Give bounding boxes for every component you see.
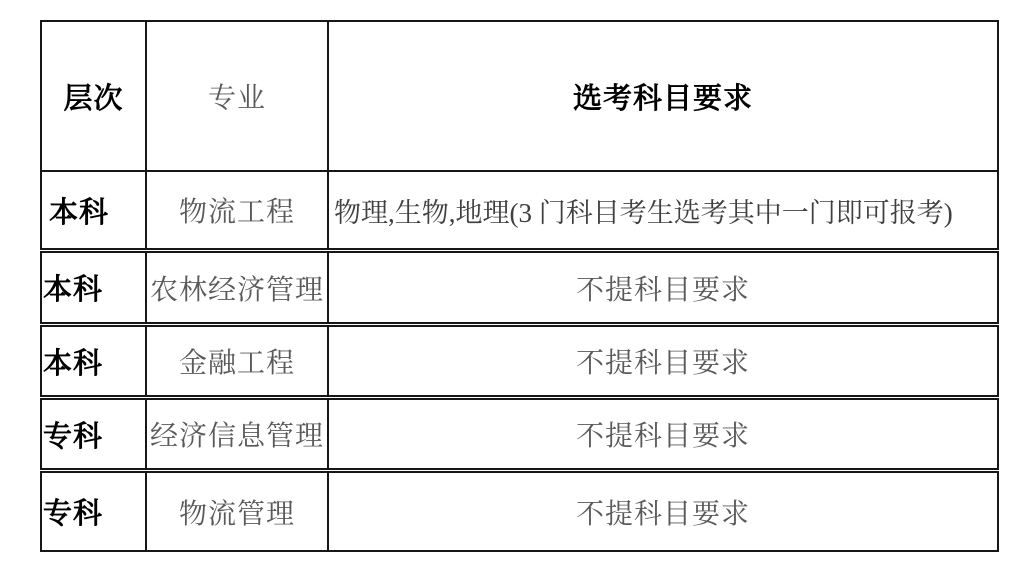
table-row: 专科 经济信息管理 不提科目要求 xyxy=(42,400,997,468)
table-row: 本科 物流工程 物理,生物,地理(3 门科目考生选考其中一门即可报考) xyxy=(42,170,997,248)
cell-level: 本科 xyxy=(42,172,145,248)
cell-requirement: 不提科目要求 xyxy=(329,327,997,395)
table-row: 本科 金融工程 不提科目要求 xyxy=(42,327,997,395)
cell-requirement: 不提科目要求 xyxy=(329,400,997,468)
table-row: 本科 农林经济管理 不提科目要求 xyxy=(42,253,997,322)
cell-major: 经济信息管理 xyxy=(145,400,329,468)
cell-requirement: 物理,生物,地理(3 门科目考生选考其中一门即可报考) xyxy=(329,172,997,248)
table-block-row: 专科 经济信息管理 不提科目要求 xyxy=(40,398,999,470)
header-cell-level: 层次 xyxy=(42,22,145,170)
cell-major: 农林经济管理 xyxy=(145,253,329,322)
cell-level: 本科 xyxy=(42,253,145,322)
header-row: 层次 专业 选考科目要求 xyxy=(42,22,997,170)
table-block-row: 本科 金融工程 不提科目要求 xyxy=(40,325,999,397)
subject-requirements-table: 层次 专业 选考科目要求 本科 物流工程 物理,生物,地理(3 门科目考生选考其… xyxy=(40,20,999,552)
table-block-top: 层次 专业 选考科目要求 本科 物流工程 物理,生物,地理(3 门科目考生选考其… xyxy=(40,20,999,250)
table-block-row: 本科 农林经济管理 不提科目要求 xyxy=(40,251,999,324)
cell-level: 专科 xyxy=(42,400,145,468)
table-block-row: 专科 物流管理 不提科目要求 xyxy=(40,471,999,552)
cell-level: 专科 xyxy=(42,473,145,550)
cell-major: 金融工程 xyxy=(145,327,329,395)
cell-level: 本科 xyxy=(42,327,145,395)
cell-major: 物流工程 xyxy=(145,172,329,248)
table-row: 专科 物流管理 不提科目要求 xyxy=(42,473,997,550)
cell-requirement: 不提科目要求 xyxy=(329,253,997,322)
cell-major: 物流管理 xyxy=(145,473,329,550)
header-cell-major: 专业 xyxy=(145,22,329,170)
header-cell-requirement: 选考科目要求 xyxy=(329,22,997,170)
cell-requirement: 不提科目要求 xyxy=(329,473,997,550)
